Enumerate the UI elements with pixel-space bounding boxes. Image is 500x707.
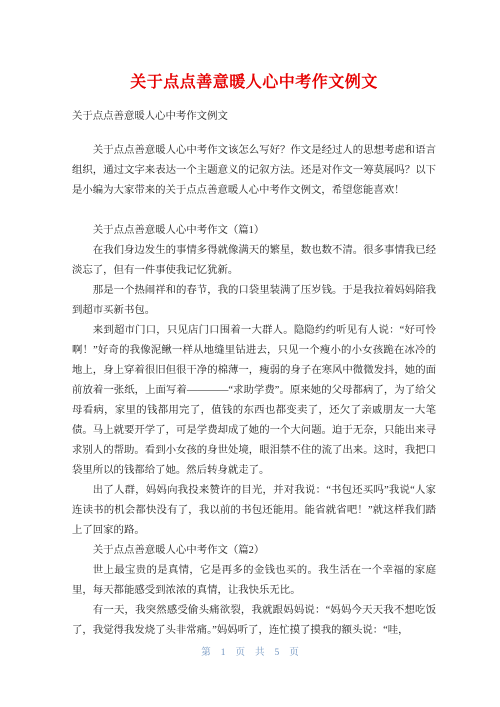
total-pages-number: 5 [275, 646, 280, 660]
page-title: 关于点点善意暖人心中考作文例文 [72, 72, 436, 93]
document-subtitle: 关于点点善意暖人心中考作文例文 [72, 107, 436, 127]
current-page-number: 1 [221, 646, 226, 660]
document-page: 关于点点善意暖人心中考作文例文 关于点点善意暖人心中考作文例文 关于点点善意暖人… [0, 0, 500, 707]
essay-paragraph: 来到超市门口，只见店门口围着一大群人。隐隐约约听见有人说：“好可怜啊！”好奇的我… [72, 321, 436, 481]
essay-paragraph: 世上最宝贵的是真情，它是再多的金钱也买的。我生活在一个幸福的家庭里，每天都能感受… [72, 561, 436, 601]
section-heading-essay-2: 关于点点善意暖人心中考作文（篇2） [72, 541, 436, 561]
section-heading-essay-1: 关于点点善意暖人心中考作文（篇1） [72, 221, 436, 241]
essay-paragraph: 在我们身边发生的事情多得就像满天的繁星，数也数不清。很多事情我已经淡忘了，但有一… [72, 241, 436, 281]
page-label-suffix: 页 [289, 646, 299, 660]
intro-paragraph: 关于点点善意暖人心中考作文该怎么写好？作文是经过人的思想考虑和语言组织，通过文字… [72, 141, 436, 201]
total-label: 共 [255, 646, 265, 660]
essay-paragraph: 出了人群，妈妈向我投来赞许的目光，并对我说：“书包还买吗”我说“人家连读书的机会… [72, 481, 436, 541]
essay-paragraph: 那是一个热闹祥和的春节，我的口袋里装满了压岁钱。于是我拉着妈妈陪我到超市买新书包… [72, 281, 436, 321]
page-label: 页 [235, 646, 245, 660]
page-label-prefix: 第 [201, 646, 211, 660]
pagination: 第1页共5页 [0, 646, 500, 660]
essay-paragraph-truncated: 有一天，我突然感受偷头痛欲裂，我就跟妈妈说：“妈妈今天天我不想吃饭了，我觉得我发… [72, 601, 436, 641]
document-body: 关于点点善意暖人心中考作文例文 关于点点善意暖人心中考作文例文 关于点点善意暖人… [72, 0, 436, 641]
essay-content: 关于点点善意暖人心中考作文该怎么写好？作文是经过人的思想考虑和语言组织，通过文字… [72, 141, 436, 641]
